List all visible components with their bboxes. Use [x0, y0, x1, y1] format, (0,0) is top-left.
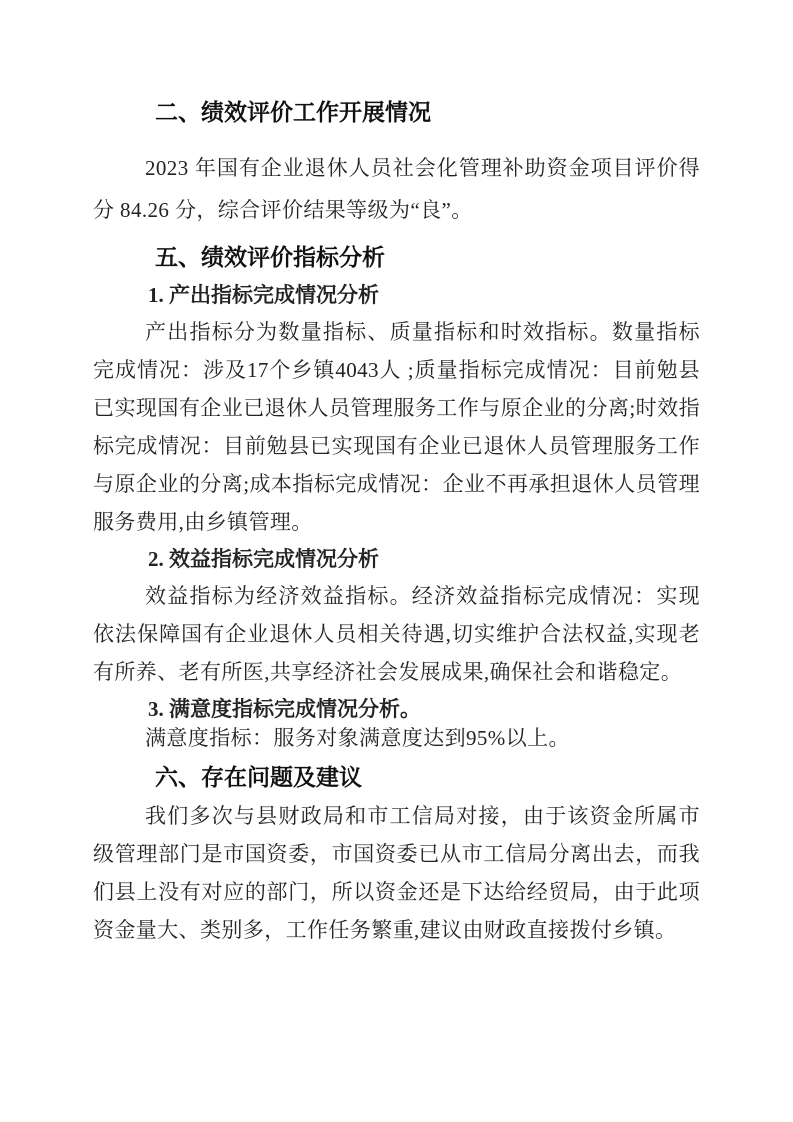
section-heading-indicator-analysis: 五、绩效评价指标分析: [93, 237, 700, 277]
document-content: 二、绩效评价工作开展情况 2023 年国有企业退休人员社会化管理补助资金项目评价…: [0, 0, 793, 949]
paragraph-satisfaction-indicators: 满意度指标：服务对象满意度达到95%以上。: [93, 719, 700, 757]
document-page: 二、绩效评价工作开展情况 2023 年国有企业退休人员社会化管理补助资金项目评价…: [0, 0, 793, 1122]
paragraph-output-indicators: 产出指标分为数量指标、质量指标和时效指标。数量指标完成情况：涉及17个乡镇404…: [93, 313, 700, 541]
subheading-output-indicators: 1. 产出指标完成情况分析: [93, 277, 700, 313]
paragraph-problems-suggestions: 我们多次与县财政局和市工信局对接，由于该资金所属市级管理部门是市国资委，市国资委…: [93, 797, 700, 949]
paragraph-benefit-indicators: 效益指标为经济效益指标。经济效益指标完成情况：实现依法保障国有企业退休人员相关待…: [93, 577, 700, 691]
section-heading-work-progress: 二、绩效评价工作开展情况: [93, 92, 700, 132]
section-heading-problems-suggestions: 六、存在问题及建议: [93, 757, 700, 797]
paragraph-evaluation-score: 2023 年国有企业退休人员社会化管理补助资金项目评价得分 84.26 分，综合…: [93, 147, 700, 231]
subheading-benefit-indicators: 2. 效益指标完成情况分析: [93, 541, 700, 577]
